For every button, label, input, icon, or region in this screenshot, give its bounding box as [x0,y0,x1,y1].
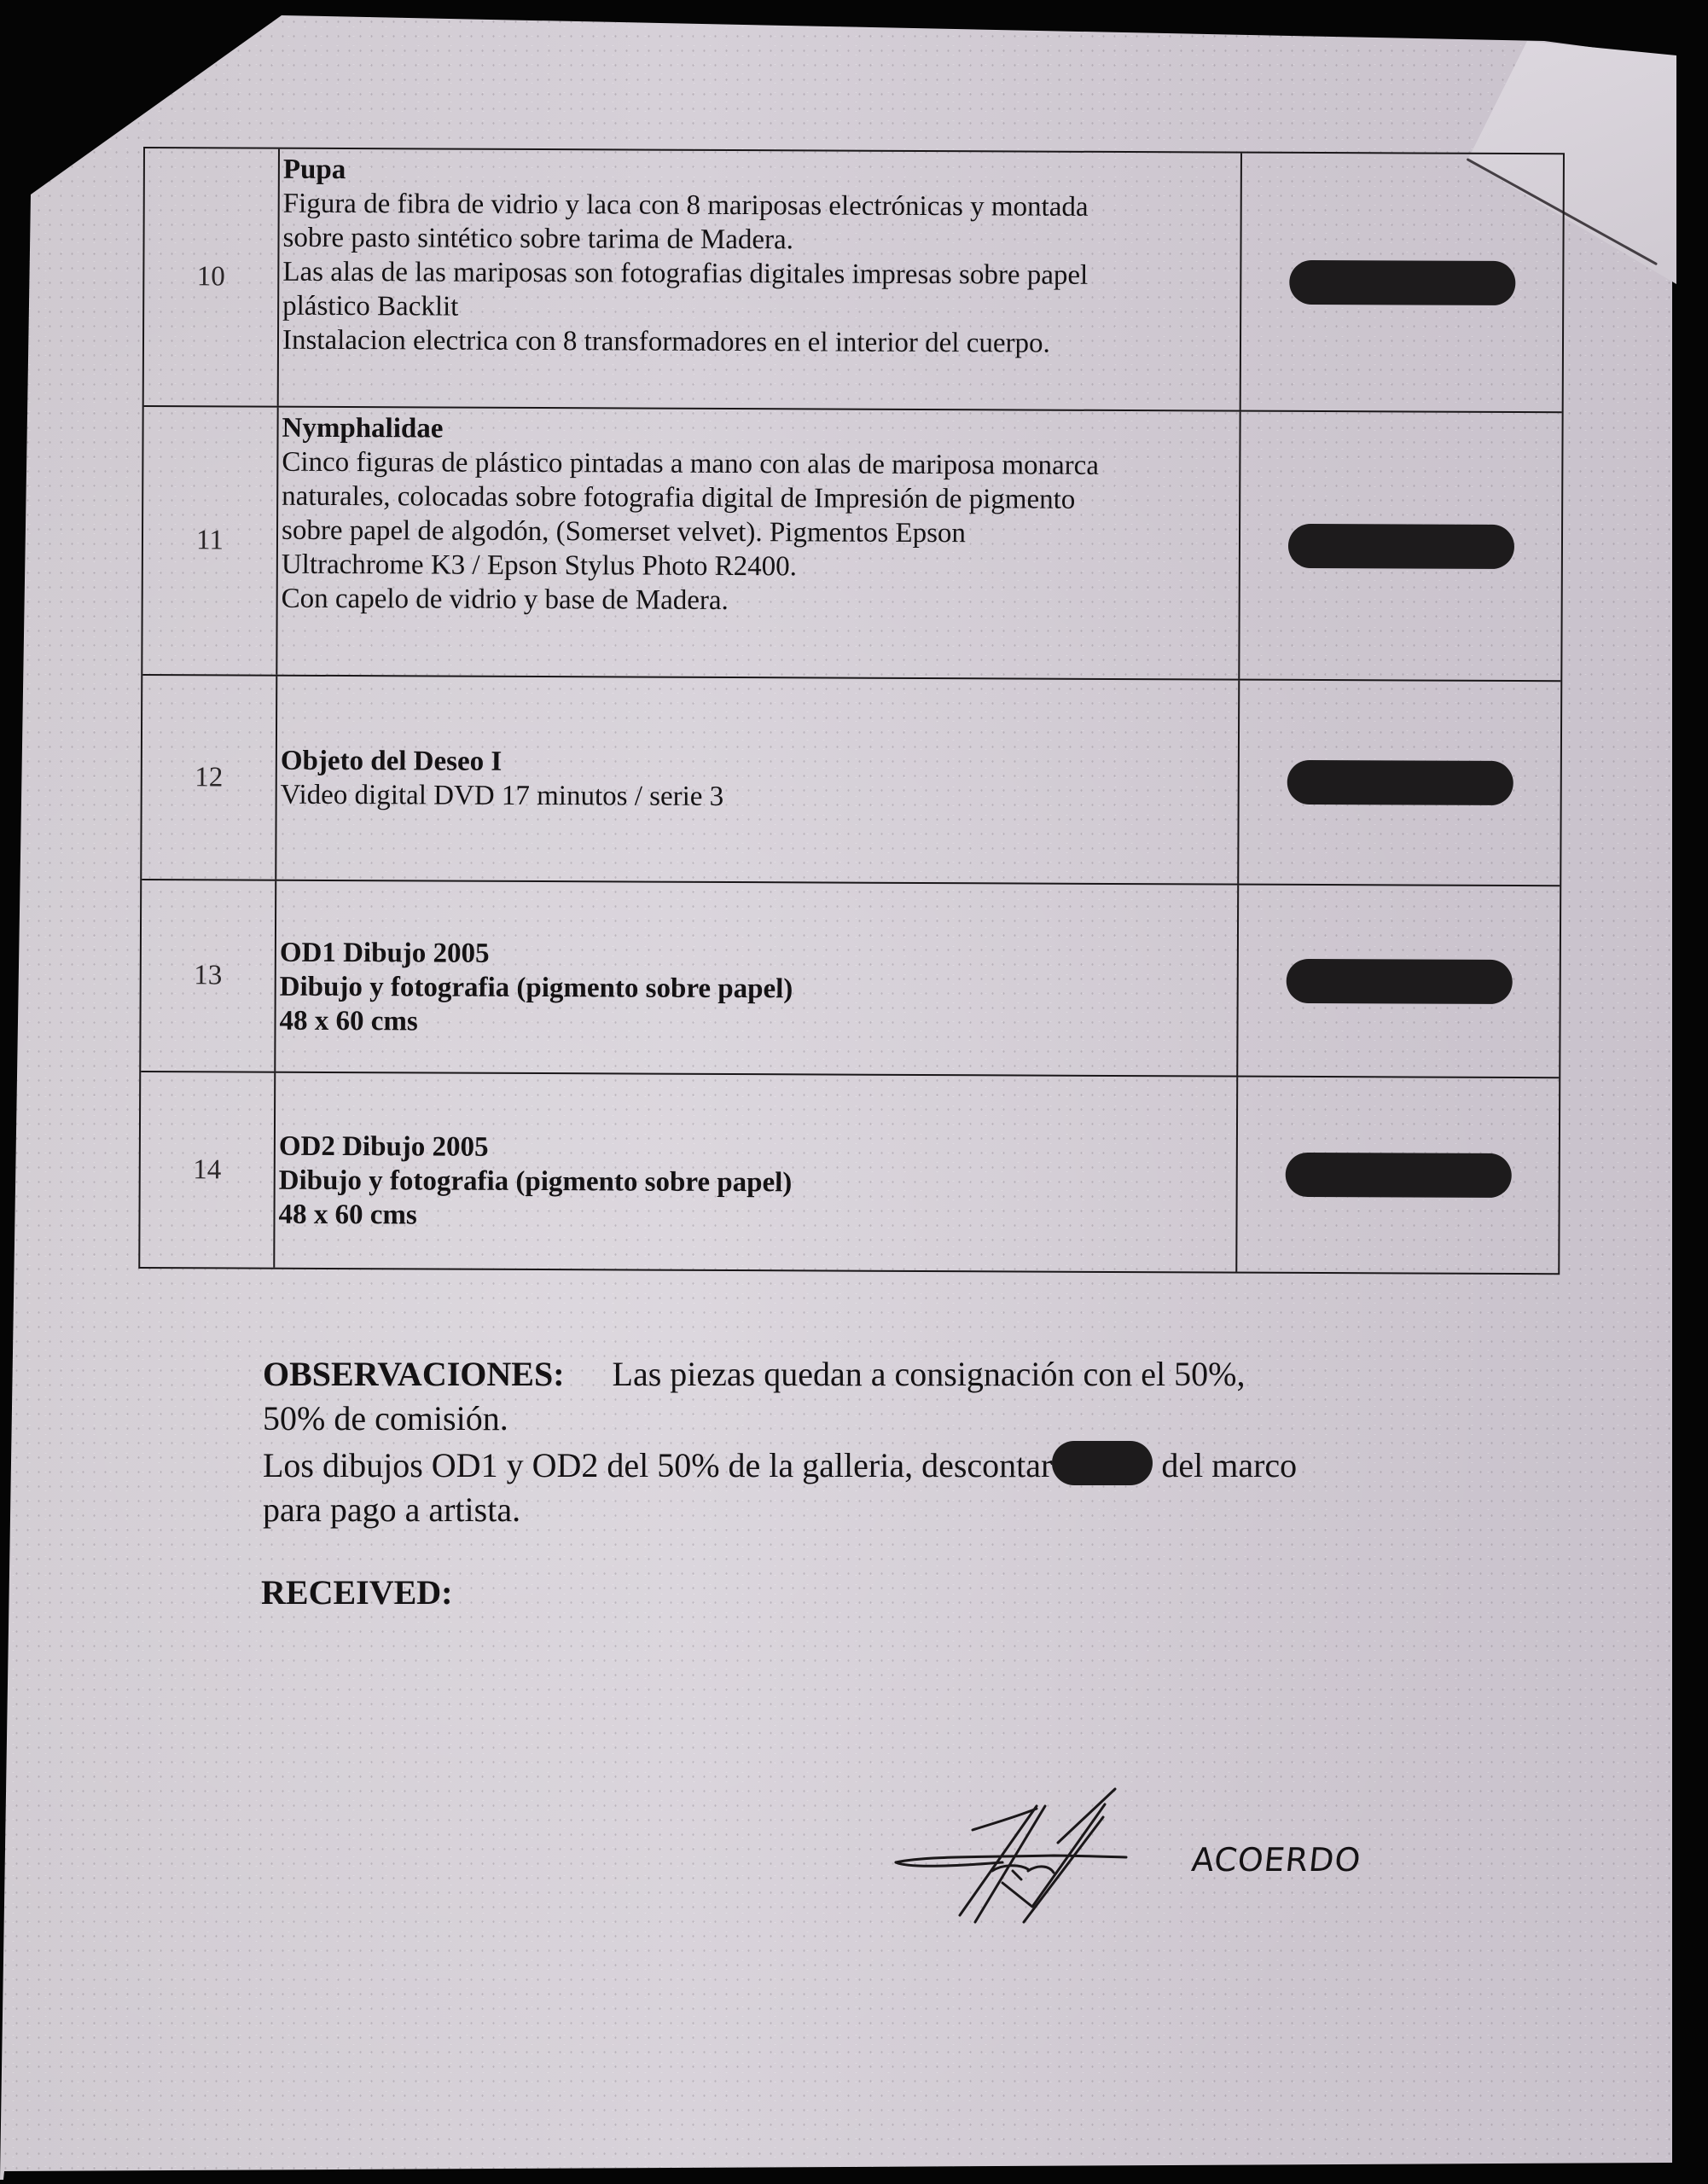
item-line: Las alas de las mariposas son fotografia… [282,255,1240,293]
item-line: Con capelo de vidrio y base de Madera. [282,582,1239,620]
item-title: Nymphalidae [282,411,1239,450]
redaction-mark [1286,958,1512,1003]
redaction-mark [1289,259,1515,305]
observations-line: 50% de comisión. [263,1397,1457,1441]
observations-line: Los dibujos OD1 y OD2 del 50% de la gall… [263,1446,1052,1484]
redaction-mark [1287,760,1513,805]
observations-line: Las piezas quedan a consignación con el … [613,1355,1246,1393]
item-description: OD1 Dibujo 2005 Dibujo y fotografia (pig… [276,881,1239,1076]
table-row: 12 Objeto del Deseo I Video digital DVD … [142,674,1560,885]
table-row: 14 OD2 Dibujo 2005 Dibujo y fotografia (… [140,1071,1559,1273]
item-description: Pupa Figura de fibra de vidrio y laca co… [279,149,1242,410]
item-line: sobre pasto sintético sobre tarima de Ma… [282,221,1240,259]
observations-label: OBSERVACIONES: [263,1355,565,1393]
item-line: 48 x 60 cms [279,1003,1236,1042]
item-number: 10 [144,148,280,406]
observations-line: para pago a artista. [263,1488,1457,1532]
item-price [1241,154,1563,412]
item-line: Instalacion electrica con 8 transformado… [282,323,1240,362]
item-title: Pupa [283,153,1240,191]
item-number: 11 [142,407,278,675]
signature-note: ACOERDO [1190,1841,1363,1879]
item-line: Cinco figuras de plástico pintadas a man… [282,445,1239,484]
item-line: sobre papel de algodón, (Somerset velvet… [282,514,1239,552]
item-line: Dibujo y fotografia (pigmento sobre pape… [279,1164,1236,1202]
table-row: 13 OD1 Dibujo 2005 Dibujo y fotografia (… [141,879,1560,1077]
item-description: OD2 Dibujo 2005 Dibujo y fotografia (pig… [275,1073,1238,1272]
item-description: Nymphalidae Cinco figuras de plástico pi… [277,408,1240,679]
table-row: 10 Pupa Figura de fibra de vidrio y laca… [144,148,1563,411]
redaction-mark [1287,523,1513,568]
item-price [1239,681,1560,886]
item-title: OD2 Dibujo 2005 [279,1130,1236,1168]
item-line: Ultrachrome K3 / Epson Stylus Photo R240… [282,548,1239,586]
artwork-table: 10 Pupa Figura de fibra de vidrio y laca… [138,147,1565,1275]
item-line: plástico Backlit [282,289,1240,328]
observations-line: del marco [1153,1446,1297,1484]
item-price [1238,886,1560,1077]
item-title: OD1 Dibujo 2005 [280,935,1237,973]
handwritten-signature [892,1770,1147,1932]
item-line: 48 x 60 cms [278,1198,1235,1236]
item-description: Objeto del Deseo I Video digital DVD 17 … [276,677,1240,884]
item-price [1237,1077,1559,1274]
received-label: RECEIVED: [261,1572,452,1612]
item-line: Video digital DVD 17 minutos / serie 3 [281,778,1238,816]
item-line: naturales, colocadas sobre fotografia di… [282,479,1239,518]
redaction-mark [1052,1441,1153,1485]
item-number: 13 [141,880,276,1072]
item-number: 12 [142,676,277,880]
item-title: Objeto del Deseo I [281,744,1238,782]
item-line: Dibujo y fotografia (pigmento sobre pape… [280,969,1237,1008]
table-row: 11 Nymphalidae Cinco figuras de plástico… [142,405,1561,680]
observations-section: OBSERVACIONES:Las piezas quedan a consig… [263,1352,1457,1532]
redaction-mark [1285,1153,1511,1198]
item-number: 14 [140,1072,276,1268]
item-price [1240,412,1561,681]
item-line: Figura de fibra de vidrio y laca con 8 m… [283,187,1240,225]
